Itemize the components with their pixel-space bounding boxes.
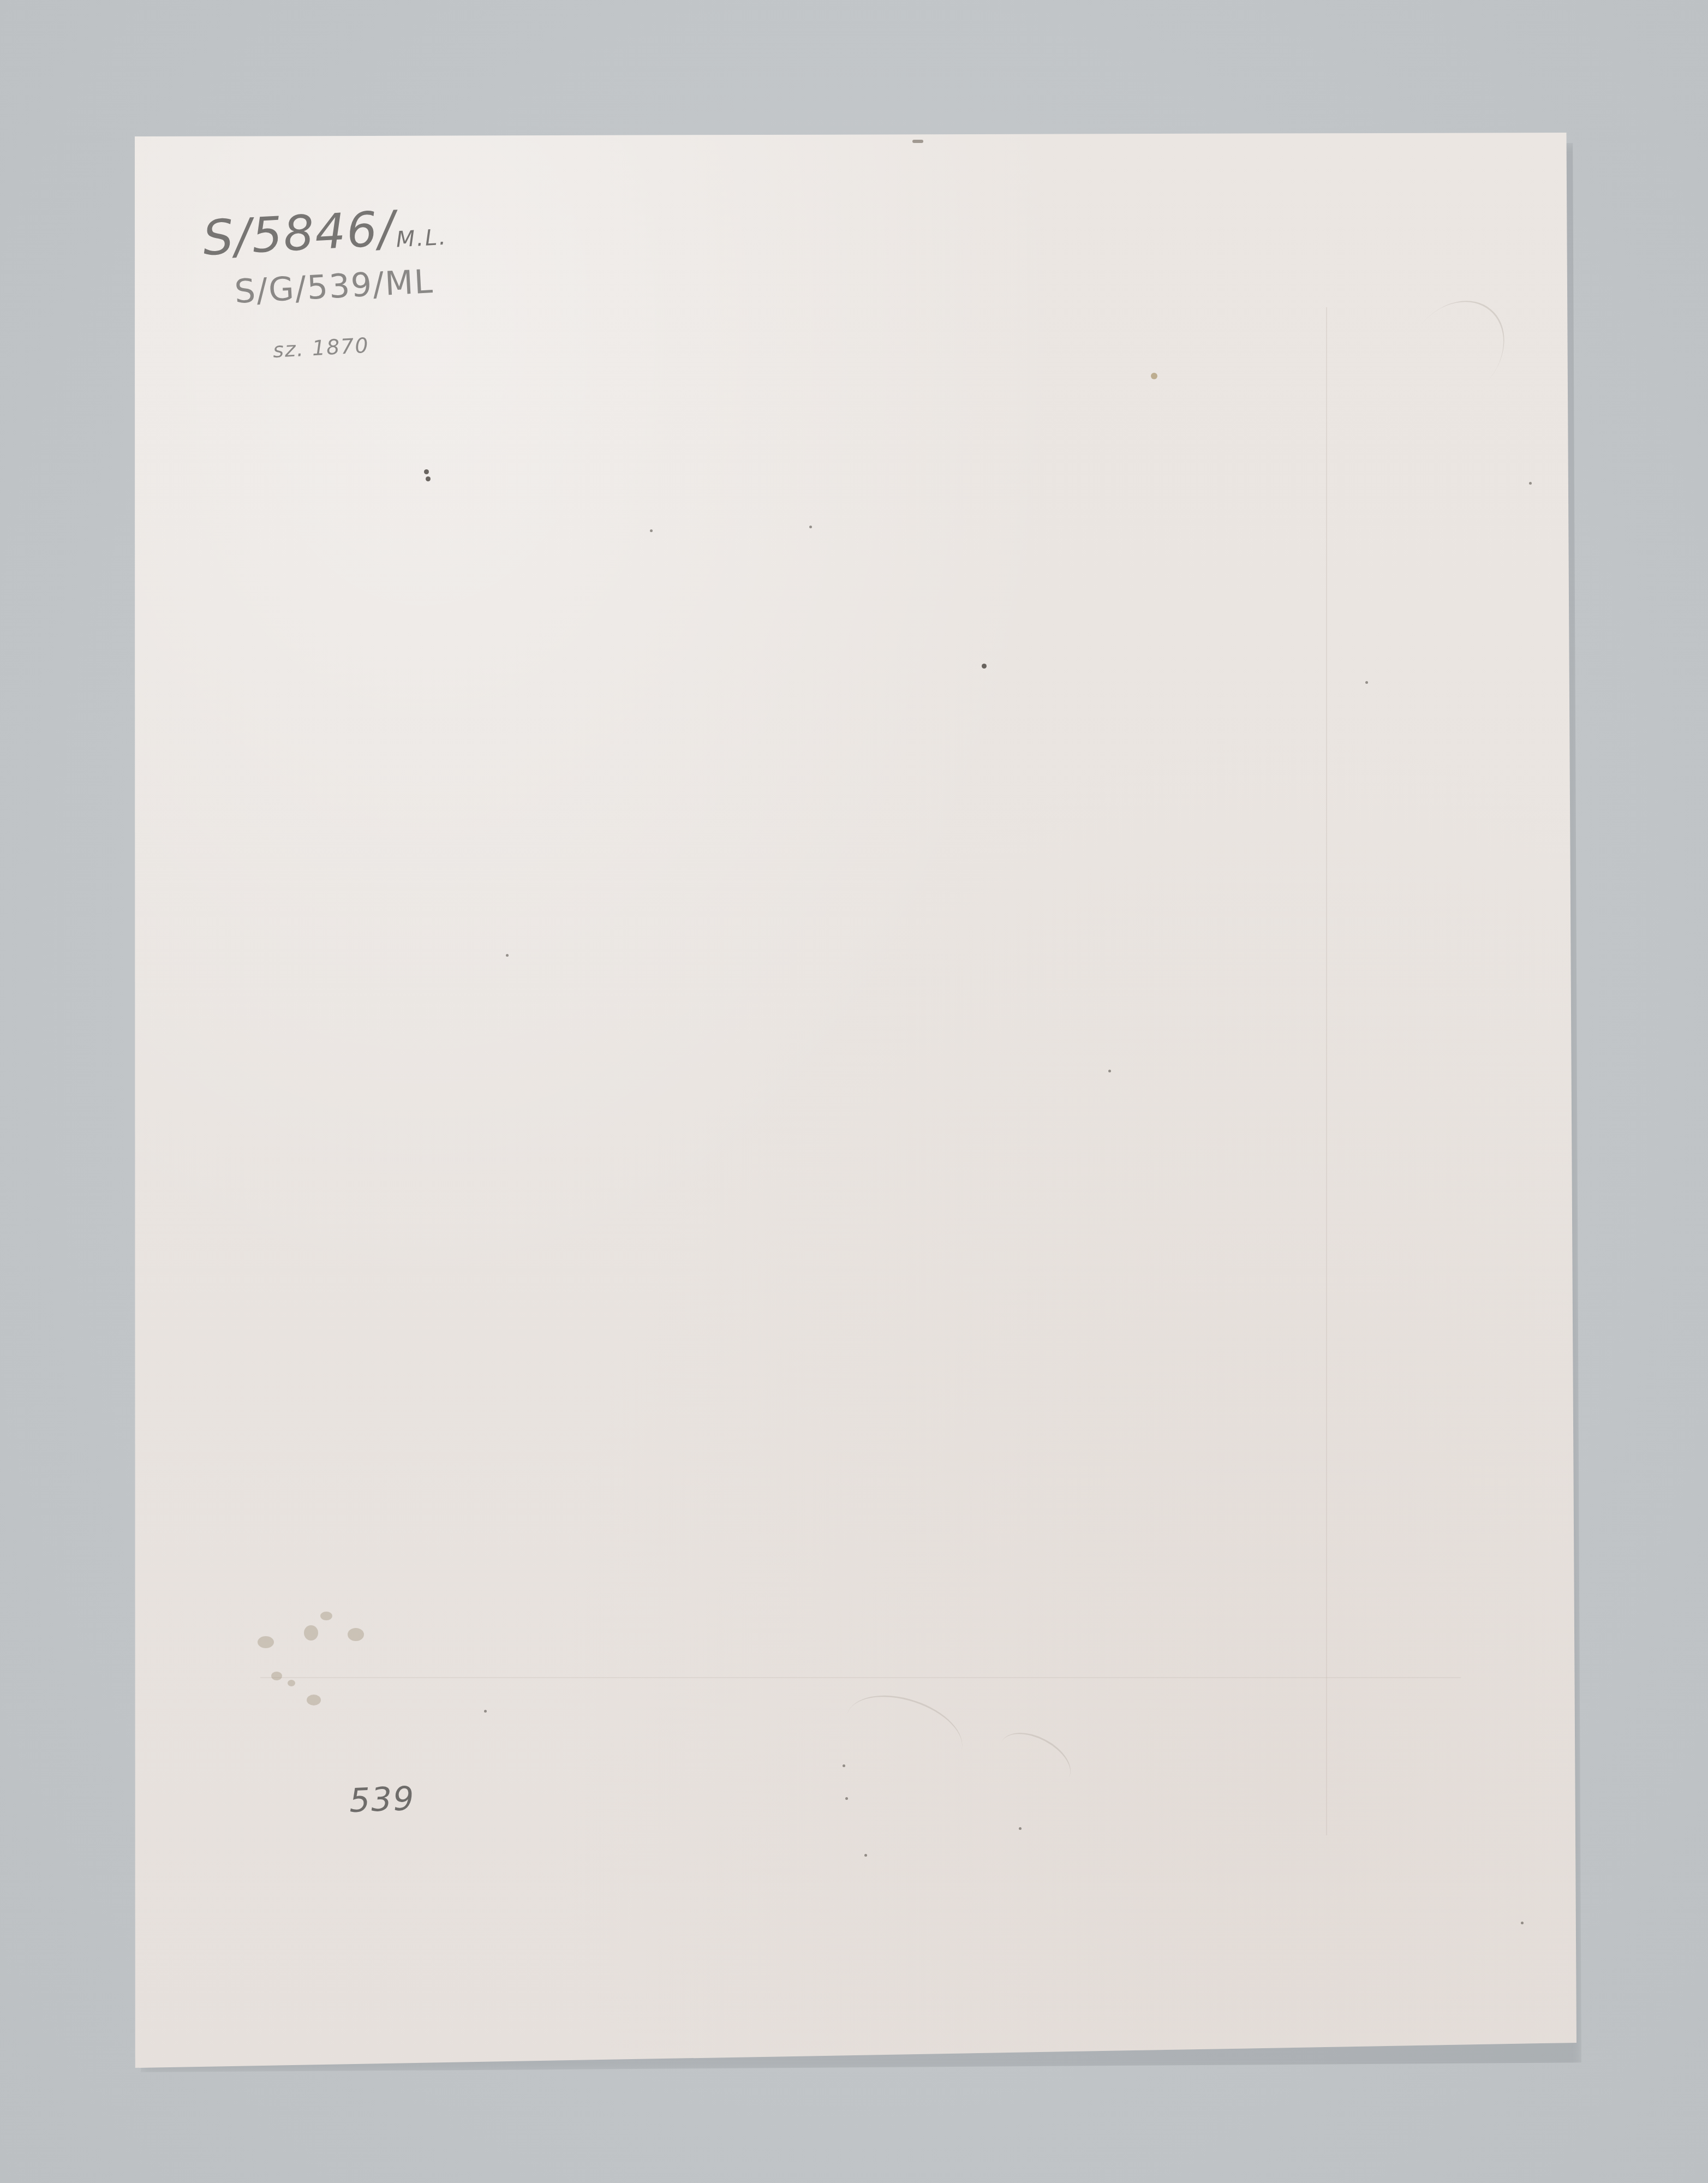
paper-speck — [845, 1797, 848, 1800]
paper-speck — [1521, 1922, 1524, 1924]
foxing-stain — [348, 1628, 364, 1641]
paper-speck — [982, 664, 987, 669]
inventory-suffix: M.L. — [396, 225, 449, 253]
paper-speck — [484, 1710, 487, 1713]
paper-speck — [843, 1764, 845, 1767]
paper-speck — [864, 1854, 867, 1857]
paper-speck — [809, 526, 812, 528]
paper-crease — [991, 1722, 1080, 1798]
paper-sheet — [135, 133, 1576, 2068]
paper-speck — [1108, 1070, 1111, 1072]
date-annotation: sz. 1870 — [272, 333, 370, 362]
bottom-inventory-number: 539 — [349, 1780, 416, 1820]
paper-crease — [837, 1682, 971, 1783]
plate-mark-horizontal — [260, 1677, 1461, 1678]
paper-speck — [1365, 681, 1368, 684]
foxing-stain — [320, 1612, 332, 1620]
plate-mark-vertical — [1326, 307, 1327, 1835]
paper-speck — [650, 529, 653, 532]
top-edge-mark — [912, 140, 923, 143]
foxing-stain — [288, 1680, 295, 1686]
foxing-stain — [307, 1695, 321, 1705]
paper-speck — [506, 954, 509, 957]
paper-speck — [424, 469, 429, 474]
paper-speck — [426, 476, 431, 481]
paper-speck — [1151, 373, 1157, 379]
paper-speck — [1529, 482, 1532, 485]
foxing-stain — [271, 1672, 282, 1680]
foxing-stain — [304, 1625, 318, 1641]
paper-speck — [1019, 1827, 1022, 1830]
paper-crease — [1386, 281, 1524, 422]
inventory-number: S/5846/ — [201, 200, 397, 266]
foxing-stain — [258, 1636, 274, 1648]
